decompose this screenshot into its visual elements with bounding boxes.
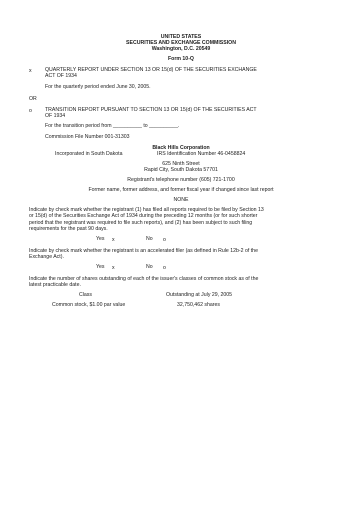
q1-no-checkbox: o	[163, 237, 166, 243]
former-name-value: NONE	[0, 197, 362, 203]
q2-line-1: Indicate by check mark whether the regis…	[29, 248, 279, 254]
filing-compliance-question: Indicate by check mark whether the regis…	[29, 207, 279, 233]
shares-outstanding-question: Indicate the number of shares outstandin…	[29, 276, 279, 289]
irs-identification: IRS Identification Number 46-0458824	[157, 151, 245, 157]
quarterly-report-heading: QUARTERLY REPORT UNDER SECTION 13 OR 15(…	[45, 67, 295, 80]
q2-no-label: No	[146, 264, 153, 270]
q1-yes-checkmark: x	[112, 237, 115, 243]
accelerated-filer-question: Indicate by check mark whether the regis…	[29, 248, 279, 261]
shares-column-outstanding: Outstanding at July 29, 2005	[166, 292, 232, 298]
q1-yes-label: Yes	[96, 236, 104, 242]
state-of-incorporation: Incorporated in South Dakota	[55, 151, 122, 157]
q2-yes-checkmark: x	[112, 265, 115, 271]
telephone-number: Registrant's telephone number (605) 721-…	[0, 177, 362, 183]
quarterly-checkmark: x	[29, 68, 32, 74]
q1-line-4: requirements for the past 90 days.	[29, 226, 279, 232]
quarterly-line-2: ACT OF 1934	[45, 73, 295, 79]
transition-line-2: OF 1934	[45, 113, 295, 119]
q2-line-2: Exchange Act).	[29, 254, 279, 260]
shares-line-2: latest practicable date.	[29, 282, 279, 288]
transition-period: For the transition period from _________…	[45, 123, 179, 129]
q2-no-checkbox: o	[163, 265, 166, 271]
shares-class-value: Common stock, $1.00 par value	[52, 302, 125, 308]
shares-column-class: Class	[79, 292, 92, 298]
form-title: Form 10-Q	[0, 56, 362, 62]
q1-line-2: or 15(d) of the Securities Exchange Act …	[29, 213, 279, 219]
former-name-label: Former name, former address, and former …	[0, 187, 362, 193]
quarterly-period: For the quarterly period ended June 30, …	[45, 84, 151, 90]
transition-report-heading: TRANSITION REPORT PURSUANT TO SECTION 13…	[45, 107, 295, 120]
header-line-3: Washington, D.C. 20549	[0, 46, 362, 52]
transition-checkbox: o	[29, 108, 32, 114]
or-label: OR	[29, 96, 37, 102]
shares-outstanding-value: 32,750,462 shares	[177, 302, 220, 308]
q2-yes-label: Yes	[96, 264, 104, 270]
commission-file-number: Commission File Number 001-31303	[45, 134, 129, 140]
city-state-zip: Rapid City, South Dakota 57701	[0, 167, 362, 173]
q1-no-label: No	[146, 236, 153, 242]
